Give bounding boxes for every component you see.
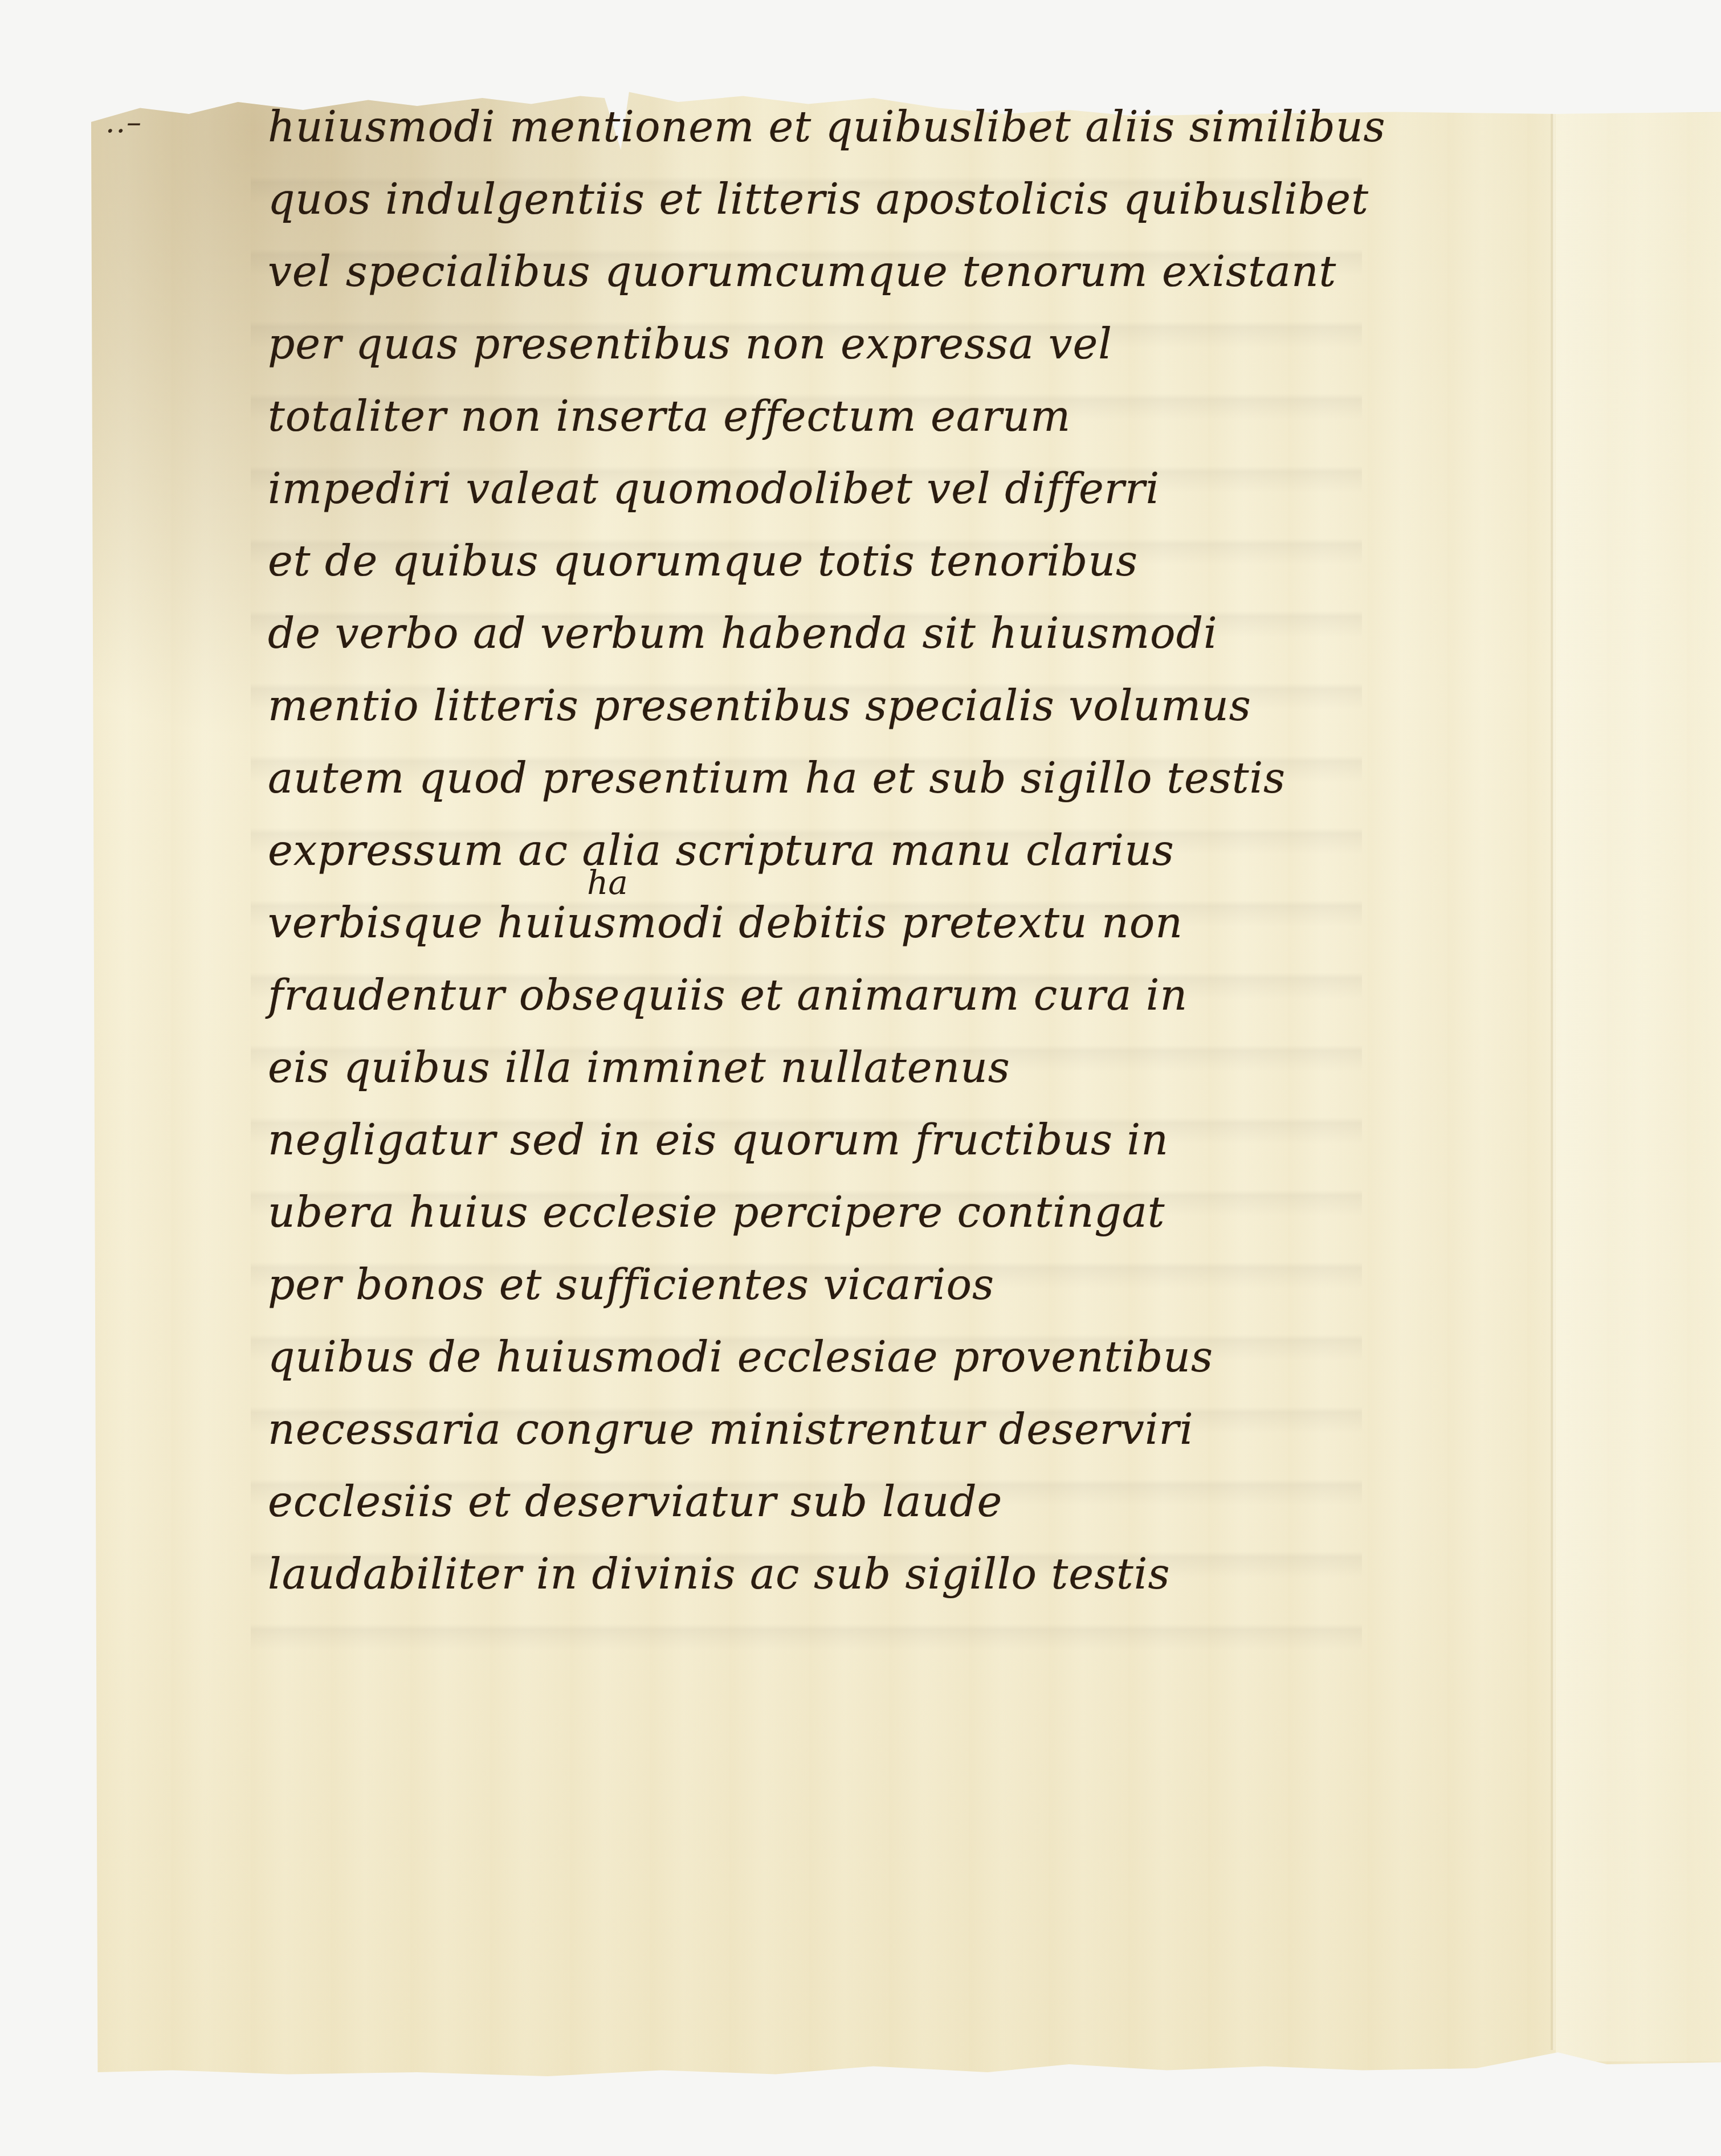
text-line: ubera huius ecclesie percipere contingat bbox=[268, 1177, 1351, 1249]
manuscript-text: huiusmodi mentionem et quibuslibet aliis… bbox=[268, 91, 1351, 1611]
folded-blank-panel bbox=[1556, 113, 1721, 2061]
text-line: impediri valeat quomodolibet vel differr… bbox=[268, 453, 1351, 525]
text-line: autem quod presentium ha et sub sigillo … bbox=[268, 742, 1351, 815]
text-line: per bonos et sufficientes vicarios bbox=[268, 1249, 1351, 1321]
text-line: et de quibus quorumque totis tenoribus bbox=[268, 525, 1351, 598]
margin-mark: ..– bbox=[105, 105, 142, 140]
text-line: laudabiliter in divinis ac sub sigillo t… bbox=[268, 1538, 1351, 1611]
text-line: eis quibus illa imminet nullatenus bbox=[268, 1032, 1351, 1104]
text-line: mentio litteris presentibus specialis vo… bbox=[268, 670, 1351, 742]
text-line: de verbo ad verbum habenda sit huiusmodi bbox=[268, 598, 1351, 670]
text-line: quibus de huiusmodi ecclesiae proventibu… bbox=[268, 1321, 1351, 1394]
text-line: quos indulgentiis et litteris apostolici… bbox=[268, 164, 1351, 236]
text-line: ecclesiis et deserviatur sub laude bbox=[268, 1466, 1351, 1538]
text-line: verbisque huiusmodi debitis pretextu non bbox=[268, 887, 1351, 959]
text-line: fraudentur obsequiis et animarum cura in bbox=[268, 959, 1351, 1032]
text-line: expressum ac alia scriptura manu clarius bbox=[268, 815, 1351, 887]
text-line: necessaria congrue ministrentur deservir… bbox=[268, 1394, 1351, 1466]
interlinear-insertion: ha bbox=[587, 863, 628, 902]
text-line: negligatur sed in eis quorum fructibus i… bbox=[268, 1104, 1351, 1177]
text-line: per quas presentibus non expressa vel bbox=[268, 308, 1351, 381]
text-line: huiusmodi mentionem et quibuslibet aliis… bbox=[268, 91, 1351, 164]
fold-line bbox=[1550, 113, 1556, 2050]
text-line: totaliter non inserta effectum earum bbox=[268, 381, 1351, 453]
text-line: vel specialibus quorumcumque tenorum exi… bbox=[268, 236, 1351, 308]
